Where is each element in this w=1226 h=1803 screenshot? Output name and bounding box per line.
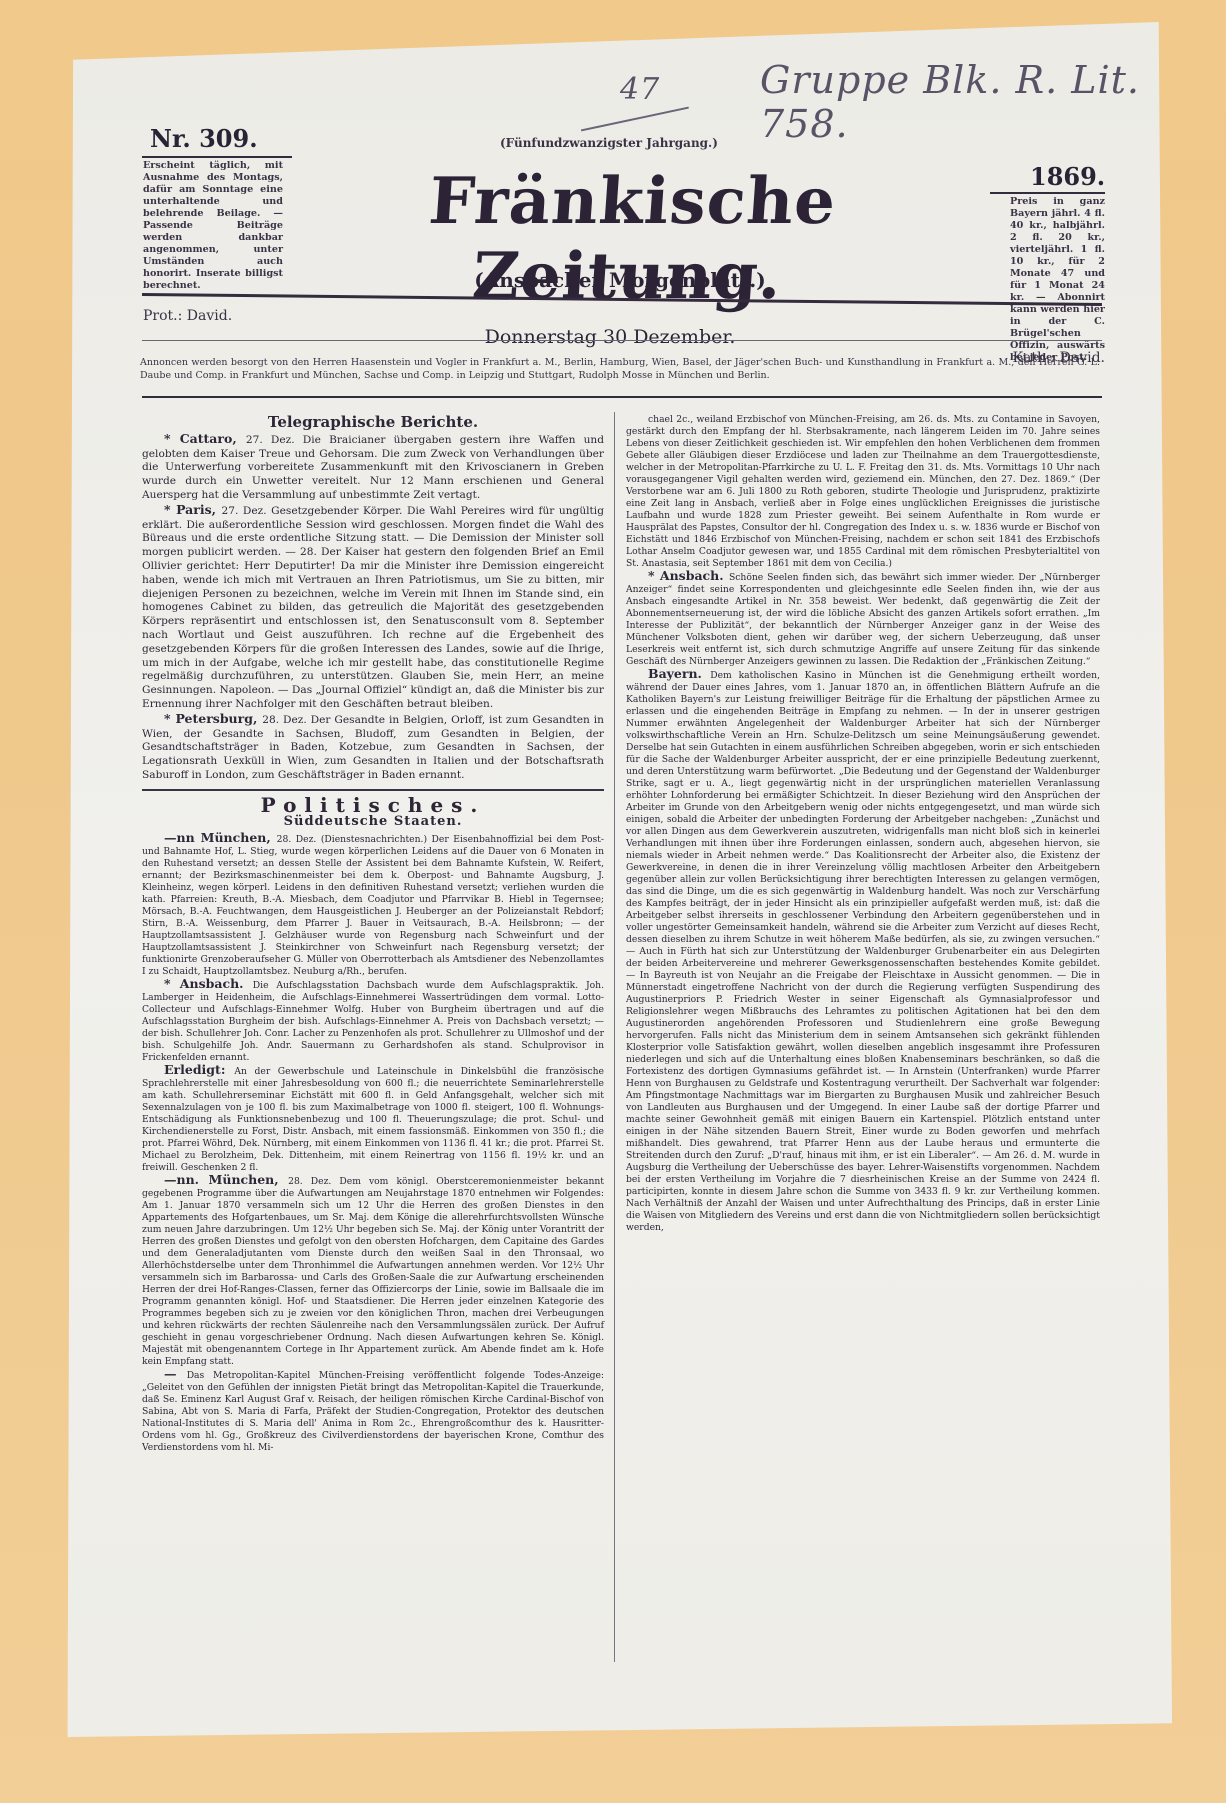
- article-dateline: —: [164, 1366, 187, 1381]
- article-dateline: * Cattaro,: [164, 431, 246, 446]
- subscription-price-box: Preis in ganz Bayern jährl. 4 fl. 40 kr.…: [1010, 196, 1105, 364]
- article: * Ansbach. Die Aufschlagsstation Dachsba…: [142, 978, 604, 1064]
- article: * Ansbach. Schöne Seelen finden sich, da…: [626, 570, 1100, 668]
- article-text: An der Gewerbschule und Lateinschule in …: [142, 1066, 604, 1173]
- article-dateline: * Paris,: [164, 502, 222, 517]
- protestant-calendar-name: Prot.: David.: [143, 308, 232, 324]
- article: Erledigt: An der Gewerbschule und Latein…: [142, 1064, 604, 1174]
- article-dateline: —nn München,: [164, 830, 277, 845]
- article-text: Die Aufschlagsstation Dachsbach wurde de…: [142, 980, 604, 1063]
- section-subheading-south-german: Süddeutsche Staaten.: [142, 815, 604, 829]
- article-text: Das Metropolitan-Kapitel München-Freisin…: [142, 1370, 604, 1453]
- article: Bayern. Dem katholischen Kasino in Münch…: [626, 668, 1100, 1234]
- article-dateline: —nn. München,: [164, 1172, 288, 1187]
- article-dateline: * Ansbach.: [164, 976, 253, 991]
- article-text: Dem katholischen Kasino in München ist d…: [626, 670, 1100, 1233]
- article-text: 27. Dez. Gesetzgebender Körper. Die Wahl…: [142, 505, 604, 710]
- article: * Paris, 27. Dez. Gesetzgebender Körper.…: [142, 503, 604, 712]
- left-column: Telegraphische Berichte. * Cattaro, 27. …: [142, 414, 604, 1454]
- article: —nn München, 28. Dez. (Dienstesnachricht…: [142, 832, 604, 978]
- column-divider: [614, 412, 615, 1662]
- section-heading-telegraphic: Telegraphische Berichte.: [142, 416, 604, 430]
- article: —nn. München, 28. Dez. Dem vom königl. O…: [142, 1174, 604, 1368]
- article: * Cattaro, 27. Dez. Die Braicianer überg…: [142, 432, 604, 503]
- divider: [142, 396, 1102, 398]
- article-dateline: * Ansbach.: [648, 568, 729, 583]
- article-dateline: Bayern.: [648, 666, 710, 681]
- year: 1869.: [1030, 162, 1105, 191]
- issue-date: Donnerstag 30 Dezember.: [400, 326, 820, 348]
- masthead-subtitle: (Ansbacher Morgenblatt.): [410, 268, 830, 292]
- right-articles: chael 2c., weiland Erzbischof von Münche…: [626, 414, 1100, 1234]
- telegraphic-articles: * Cattaro, 27. Dez. Die Braicianer überg…: [142, 432, 604, 783]
- article-text: chael 2c., weiland Erzbischof von Münche…: [626, 414, 1100, 569]
- article-dateline: * Petersburg,: [164, 711, 262, 726]
- article-dateline: Erledigt:: [164, 1062, 234, 1077]
- issue-number: Nr. 309.: [150, 124, 258, 153]
- right-column: chael 2c., weiland Erzbischof von Münche…: [626, 414, 1100, 1234]
- divider: [142, 340, 1102, 341]
- divider: [142, 156, 292, 158]
- section-heading-political: Politisches.: [142, 799, 604, 813]
- article: — Das Metropolitan-Kapitel München-Freis…: [142, 1368, 604, 1454]
- section-separator: [142, 789, 604, 791]
- advertising-agents-notice: Annoncen werden besorgt von den Herren H…: [140, 356, 1100, 382]
- article: * Petersburg, 28. Dez. Der Gesandte in B…: [142, 712, 604, 783]
- volume-line: (Fünfundzwanzigster Jahrgang.): [500, 136, 718, 150]
- handwritten-number: 47: [620, 72, 660, 107]
- article-text: 28. Dez. (Dienstesnachrichten.) Der Eise…: [142, 834, 604, 977]
- article-text: Schöne Seelen finden sich, das bewährt s…: [626, 572, 1100, 667]
- divider: [990, 192, 1105, 194]
- article-text: 28. Dez. Dem vom königl. Oberstceremonie…: [142, 1176, 604, 1367]
- political-articles: —nn München, 28. Dez. (Dienstesnachricht…: [142, 832, 604, 1454]
- handwritten-archive-note: Gruppe Blk. R. Lit. 758.: [760, 58, 1226, 146]
- publication-info-box: Erscheint täglich, mit Ausnahme des Mont…: [143, 160, 283, 292]
- article: chael 2c., weiland Erzbischof von Münche…: [626, 414, 1100, 570]
